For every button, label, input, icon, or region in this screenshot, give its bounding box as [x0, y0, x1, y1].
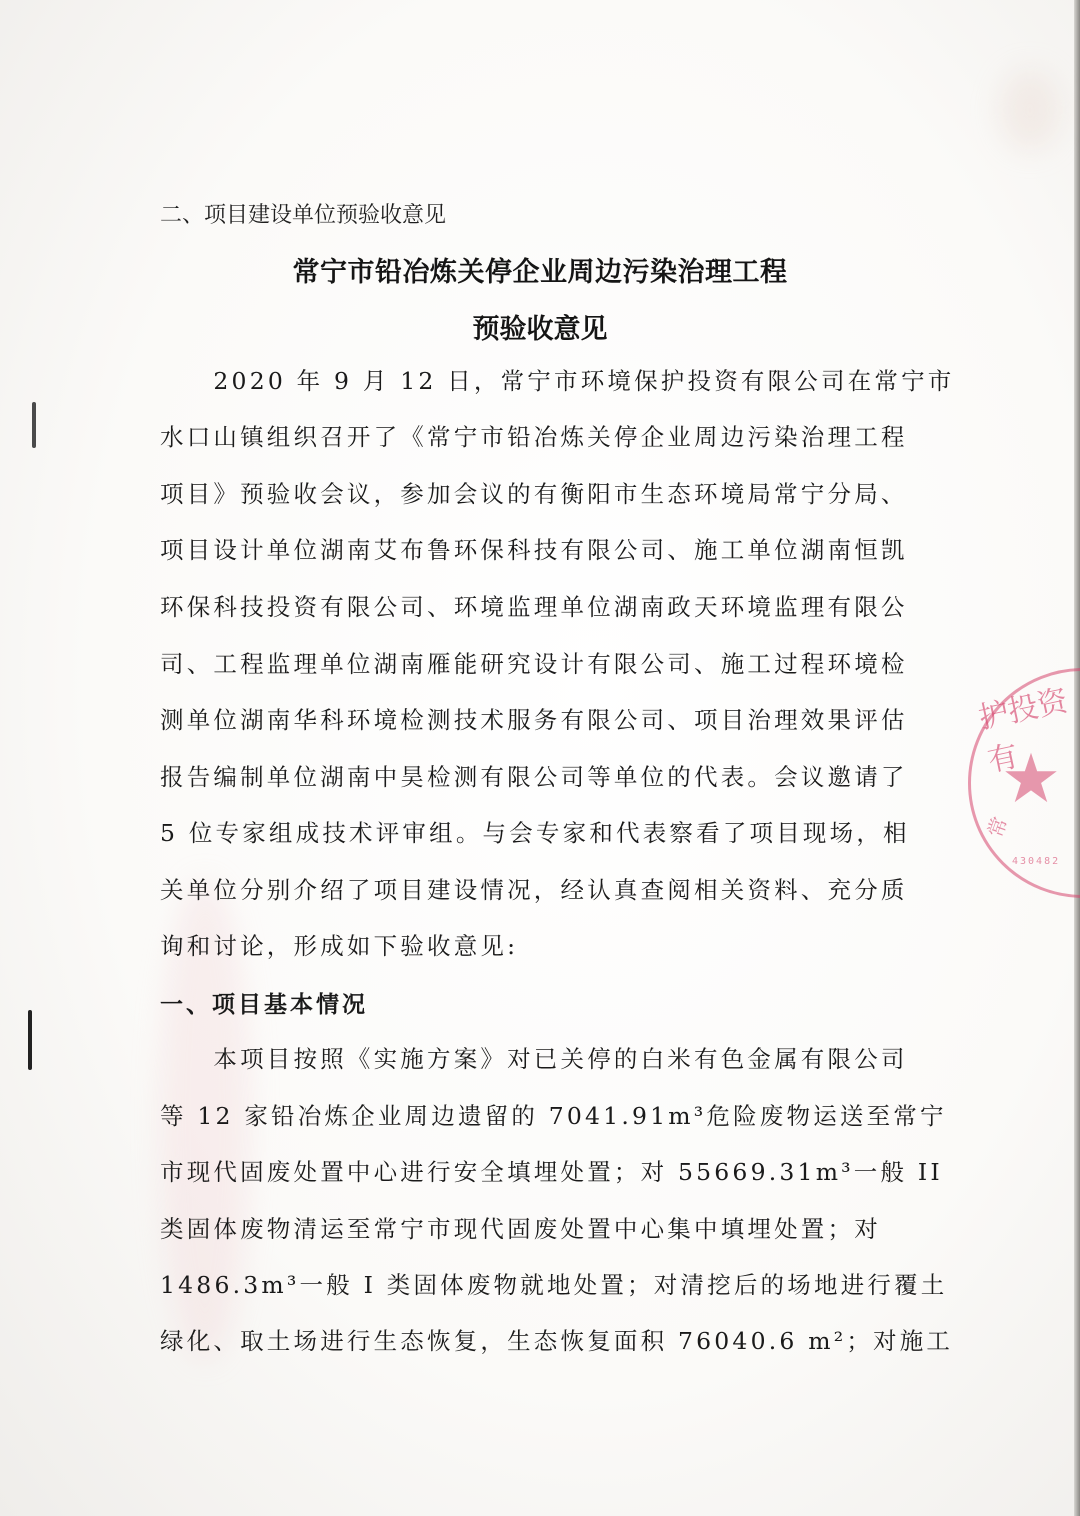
paper-smudge — [1000, 70, 1060, 150]
document-subtitle: 预验收意见 — [0, 307, 1080, 346]
text-line: 测单位湖南华科环境检测技术服务有限公司、项目治理效果评估 — [160, 705, 920, 735]
text-line: 询和讨论，形成如下验收意见: — [160, 931, 920, 961]
text-line: 市现代固废处置中心进行安全填埋处置；对 55669.31m³一般 II — [160, 1157, 920, 1187]
seal-star-icon — [1003, 750, 1059, 806]
text-line: 类固体废物清运至常宁市现代固废处置中心集中填埋处置；对 — [160, 1214, 920, 1244]
seal-code: 430482 — [1012, 856, 1060, 867]
margin-mark — [28, 1010, 32, 1070]
section-heading-basic-info: 一、项目基本情况 — [160, 986, 368, 1019]
margin-mark — [32, 402, 36, 448]
text-line: 水口山镇组织召开了《常宁市铅冶炼关停企业周边污染治理工程 — [160, 422, 920, 452]
text-line: 关单位分别介绍了项目建设情况，经认真查阅相关资料、充分质 — [160, 875, 920, 905]
text-line: 绿化、取土场进行生态恢复，生态恢复面积 76040.6 m²；对施工 — [160, 1326, 920, 1356]
text-line: 报告编制单位湖南中昊检测有限公司等单位的代表。会议邀请了 — [160, 762, 920, 792]
text-line: 项目设计单位湖南艾布鲁环保科技有限公司、施工单位湖南恒凯 — [160, 535, 920, 565]
text-line: 5 位专家组成技术评审组。与会专家和代表察看了项目现场，相 — [160, 818, 920, 848]
text-line: 司、工程监理单位湖南雁能研究设计有限公司、施工过程环境检 — [160, 649, 920, 679]
section-label: 二、项目建设单位预验收意见 — [160, 198, 446, 229]
text-line: 1486.3m³一般 I 类固体废物就地处置；对清挖后的场地进行覆土 — [160, 1270, 920, 1300]
text-line: 等 12 家铅冶炼企业周边遗留的 7041.91m³危险废物运送至常宁 — [160, 1101, 920, 1131]
text-line: 2020 年 9 月 12 日，常宁市环境保护投资有限公司在常宁市 — [160, 366, 920, 396]
text-line: 环保科技投资有限公司、环境监理单位湖南政天环境监理有限公 — [160, 592, 920, 622]
text-line: 本项目按照《实施方案》对已关停的白米有色金属有限公司 — [160, 1044, 920, 1074]
text-line: 项目》预验收会议，参加会议的有衡阳市生态环境局常宁分局、 — [160, 479, 920, 509]
document-title: 常宁市铅冶炼关停企业周边污染治理工程 — [0, 250, 1080, 289]
